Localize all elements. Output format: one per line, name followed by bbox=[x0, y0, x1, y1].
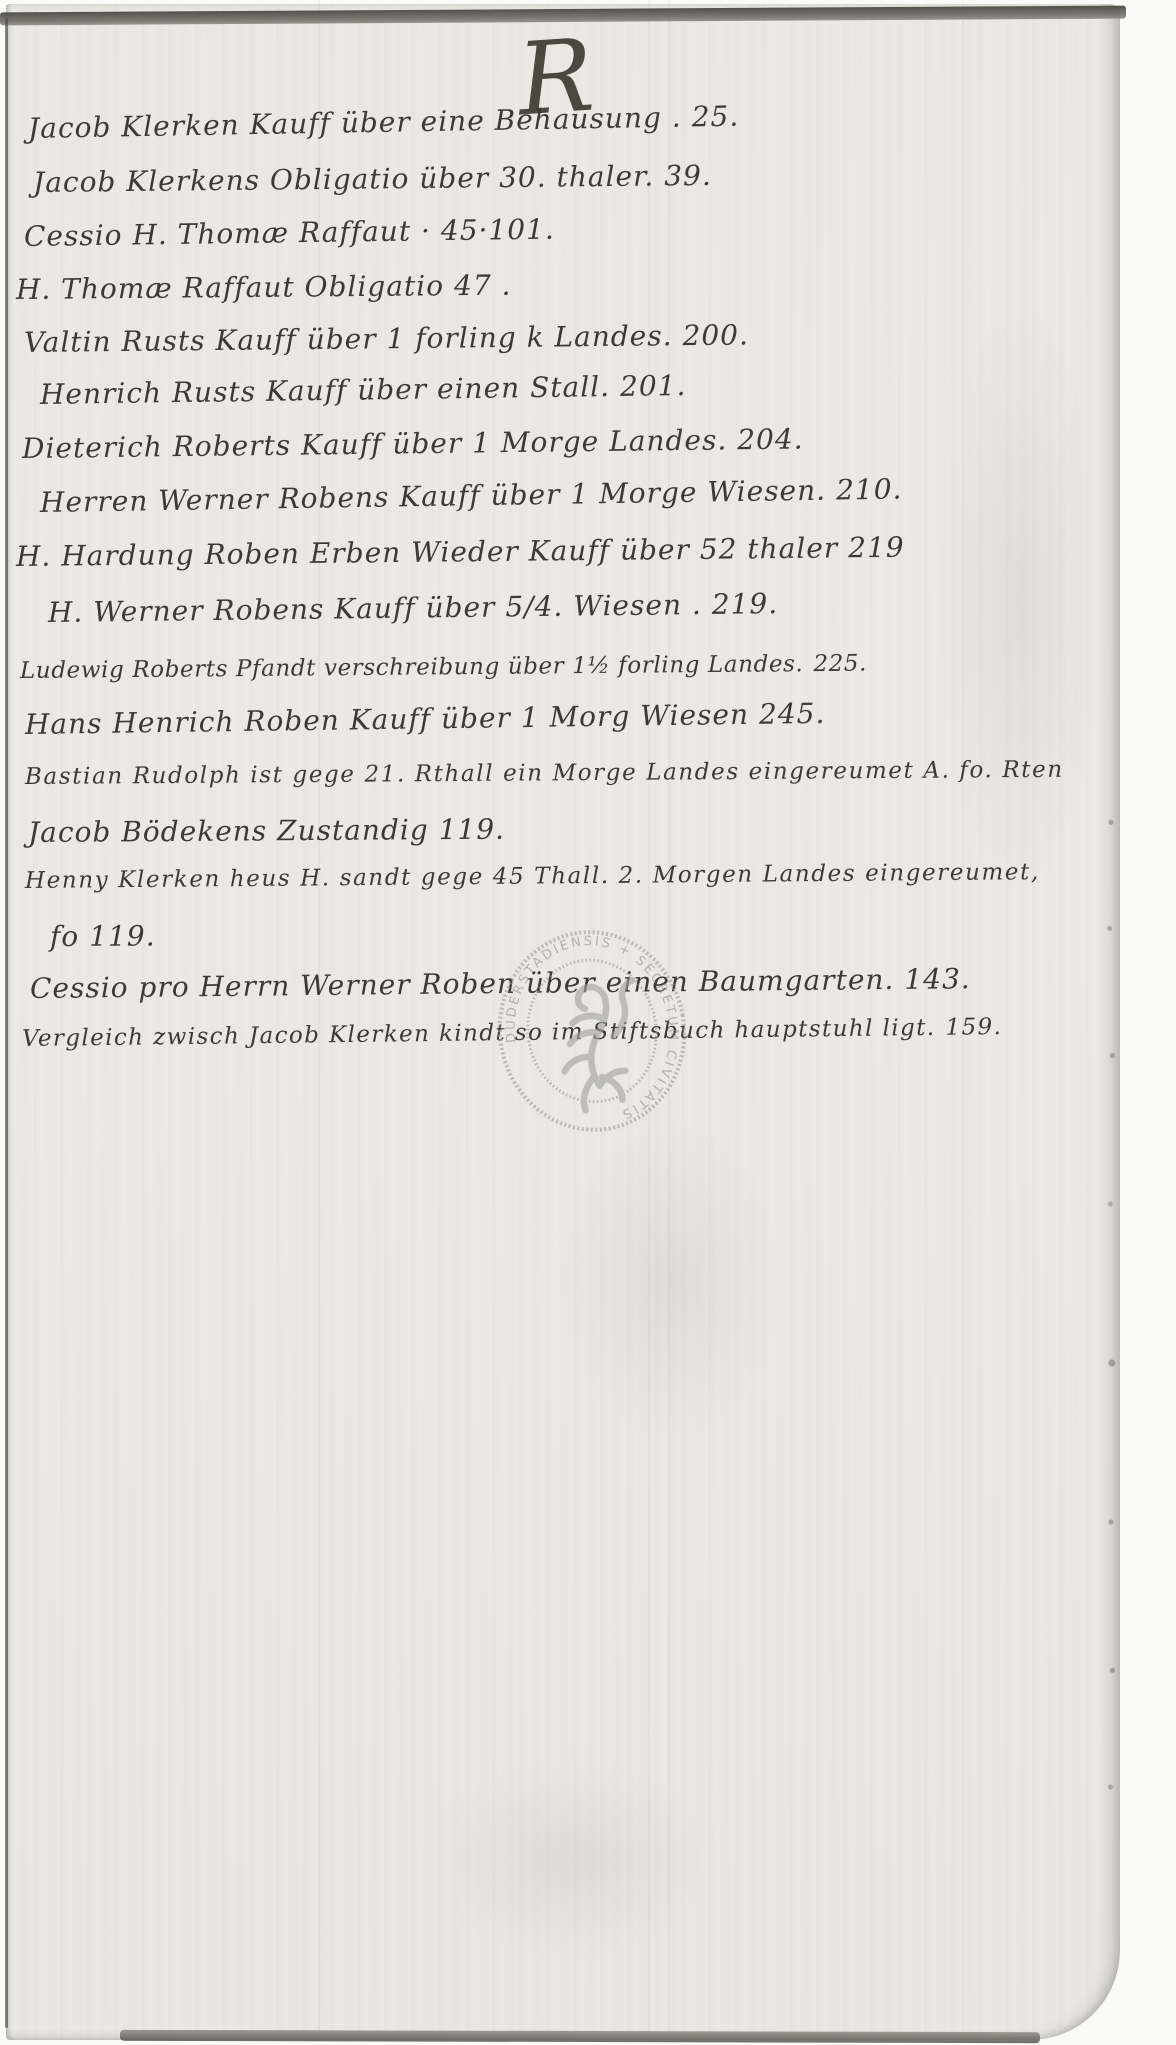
city-seal-stamp: DUDERSTADIENSIS + SECRETUM CIVITATIS bbox=[478, 913, 707, 1150]
lion-rampant-icon bbox=[551, 980, 653, 1113]
folio-number: 47 . bbox=[454, 269, 512, 302]
entry-text: Valtin Rusts Kauff über 1 forling k Land… bbox=[24, 319, 673, 359]
paper-stain bbox=[940, 300, 1100, 900]
entry-text: Jacob Bödekens Zustandig bbox=[28, 813, 429, 849]
manuscript-line: Jacob Bödekens Zustandig119. bbox=[28, 813, 505, 849]
page-right-edge-speckle bbox=[1104, 780, 1118, 1840]
folio-number: 39. bbox=[664, 159, 712, 192]
book-bottom-edge bbox=[120, 2030, 1040, 2043]
paper-stain bbox=[560, 1120, 780, 1440]
folio-number: 159. bbox=[945, 1014, 1002, 1041]
folio-number: 219 bbox=[848, 531, 905, 565]
folio-number: 219. bbox=[712, 587, 779, 621]
manuscript-line: fo119. bbox=[50, 919, 156, 953]
folio-number: 119. bbox=[439, 813, 506, 846]
scanned-manuscript-page: { "page": { "index_letter": "R", "lines"… bbox=[0, 0, 1176, 2045]
paper-fold-line bbox=[318, 0, 320, 2036]
folio-number: 143. bbox=[904, 962, 971, 996]
folio-number: 119. bbox=[89, 919, 156, 952]
entry-text: Jacob Klerkens Obligatio über 30. thaler… bbox=[33, 159, 655, 199]
folio-number: 210. bbox=[836, 472, 903, 506]
folio-number: 204. bbox=[737, 422, 804, 456]
folio-number: 200. bbox=[682, 318, 749, 352]
paper-stain bbox=[420, 1760, 720, 1960]
folio-number: 225. bbox=[813, 651, 867, 677]
entry-text: Cessio H. Thomæ Raffaut · bbox=[24, 214, 431, 253]
entry-text: H. Thomæ Raffaut Obligatio bbox=[16, 269, 444, 306]
page-left-edge bbox=[5, 18, 8, 2028]
folio-number: 45·101. bbox=[441, 213, 555, 248]
folio-number: 245. bbox=[759, 697, 826, 731]
entry-text: fo bbox=[50, 920, 79, 953]
folio-number: 201. bbox=[620, 369, 687, 403]
folio-number: 25. bbox=[691, 100, 739, 134]
manuscript-line: H. Thomæ Raffaut Obligatio47 . bbox=[16, 269, 512, 306]
